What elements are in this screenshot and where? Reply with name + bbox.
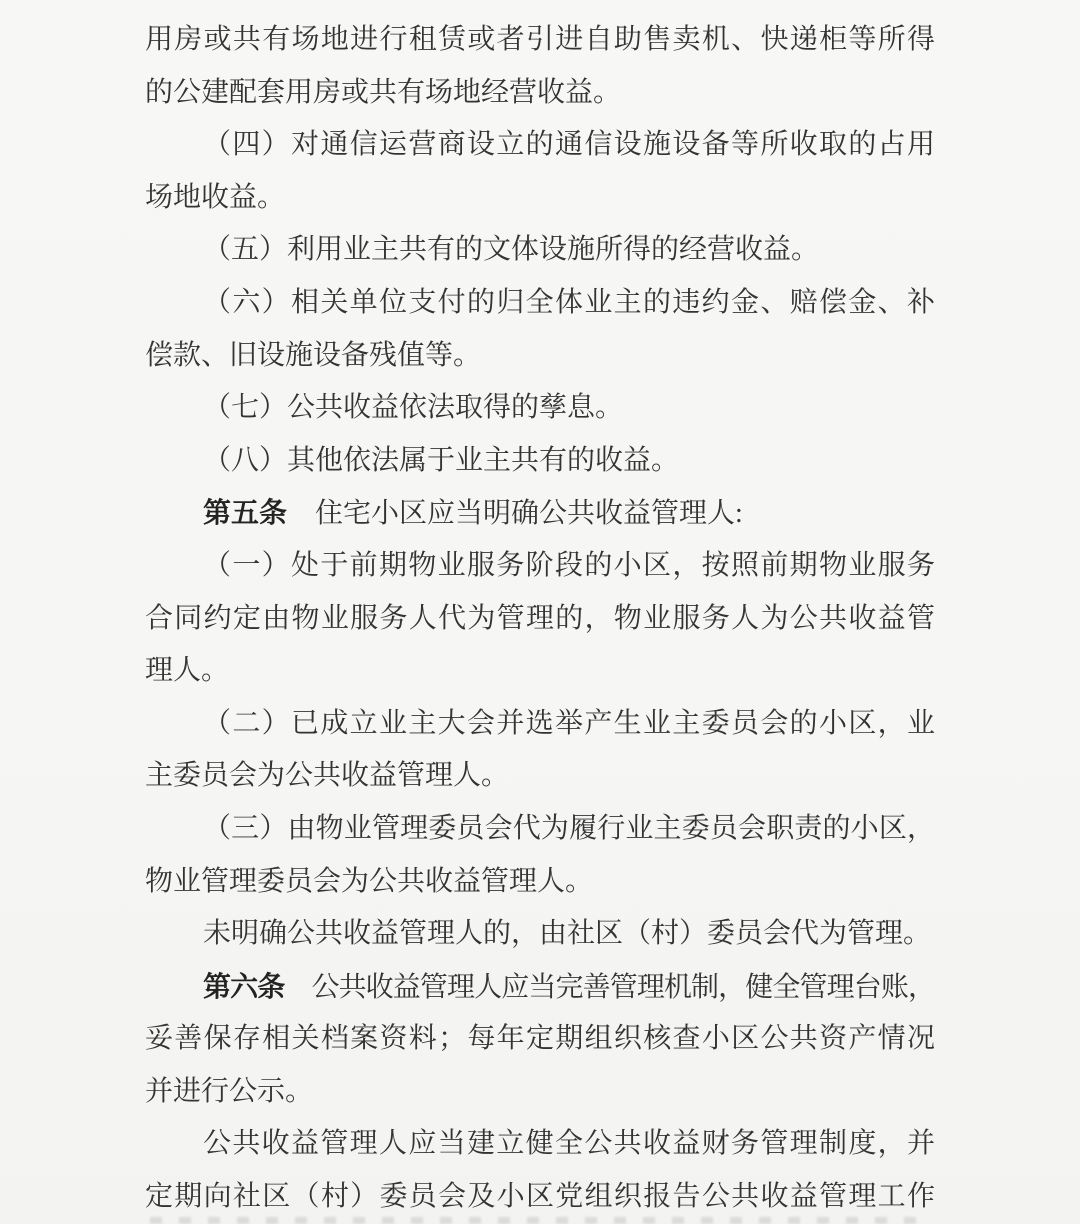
text-line: 妥善保存相关档案资料；每年定期组织核查小区公共资产情况 [145,1013,935,1066]
document-text-block: 用房或共有场地进行租赁或者引进自助售卖机、快递柜等所得 的公建配套用房或共有场地… [145,14,935,1224]
text-line-article-5: 第五条 住宅小区应当明确公共收益管理人: [145,487,935,540]
text-line: （一）处于前期物业服务阶段的小区，按照前期物业服务 [145,540,935,593]
article-number: 第六条 [203,971,284,1002]
document-page: 用房或共有场地进行租赁或者引进自助售卖机、快递柜等所得 的公建配套用房或共有场地… [0,0,1080,1224]
text-line: 偿款、旧设施设备残值等。 [145,330,935,383]
text-line: 场地收益。 [145,172,935,225]
text-line: 定期向社区（村）委员会及小区党组织报告公共收益管理工作 [145,1171,935,1224]
text-line: 未明确公共收益管理人的，由社区（村）委员会代为管理。 [145,908,935,961]
text-line: （六）相关单位支付的归全体业主的违约金、赔偿金、补 [145,277,935,330]
text-line: （四）对通信运营商设立的通信设施设备等所收取的占用 [145,119,935,172]
text-line: 主委员会为公共收益管理人。 [145,750,935,803]
text-line: 公共收益管理人应当建立健全公共收益财务管理制度，并 [145,1118,935,1171]
text-line: （二）已成立业主大会并选举产生业主委员会的小区，业 [145,698,935,751]
text-line: 合同约定由物业服务人代为管理的，物业服务人为公共收益管 [145,593,935,646]
article-number: 第五条 [203,497,287,528]
article-text: 住宅小区应当明确公共收益管理人: [287,498,743,529]
text-line: 物业管理委员会为公共收益管理人。 [145,856,935,909]
text-line: 理人。 [145,645,935,698]
text-line: （五）利用业主共有的文体设施所得的经营收益。 [145,224,935,277]
text-line-article-6: 第六条 公共收益管理人应当完善管理机制，健全管理台账， [145,961,935,1014]
text-line: 用房或共有场地进行租赁或者引进自助售卖机、快递柜等所得 [145,14,935,67]
text-line: （三）由物业管理委员会代为履行业主委员会职责的小区， [145,803,935,856]
text-line: （七）公共收益依法取得的孳息。 [145,382,935,435]
next-line-cutoff-fragment [150,1217,930,1224]
text-line: 的公建配套用房或共有场地经营收益。 [145,67,935,120]
article-text: 公共收益管理人应当完善管理机制，健全管理台账， [284,972,935,1003]
text-line: 并进行公示。 [145,1066,935,1119]
text-line: （八）其他依法属于业主共有的收益。 [145,435,935,488]
